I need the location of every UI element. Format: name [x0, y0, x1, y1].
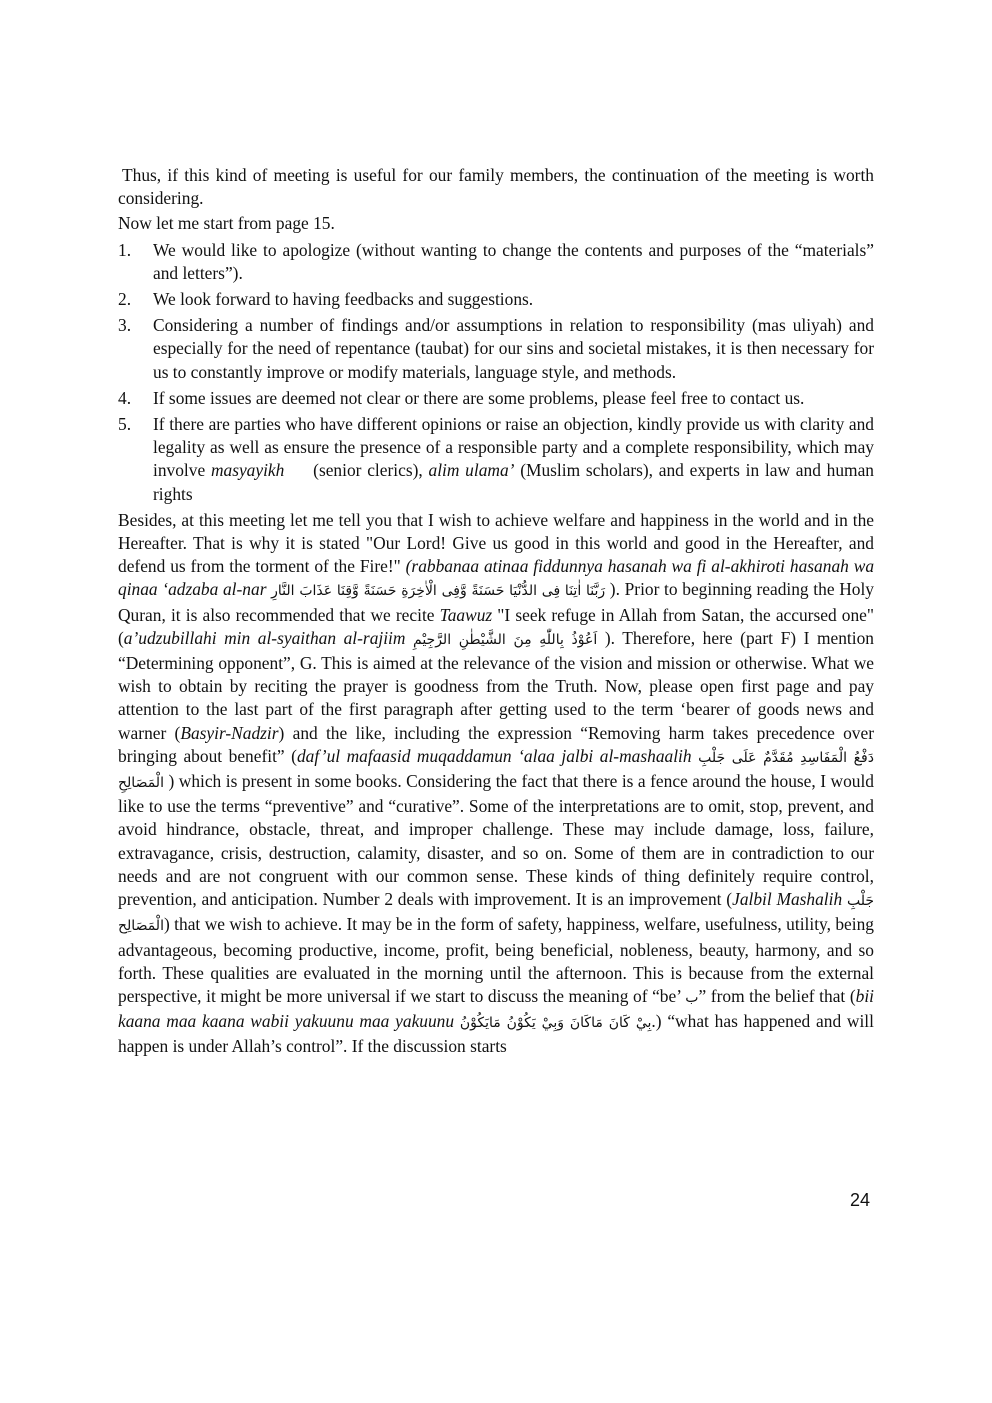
arabic-text: اَعُوْذُ بِاللّٰهِ مِنَ الشَّيْطٰنِ الرَ… [413, 632, 597, 648]
intro-paragraph: Thus, if this kind of meeting is useful … [118, 164, 874, 210]
list-item: 3.Considering a number of findings and/o… [118, 314, 874, 384]
list-item: 2.We look forward to having feedbacks an… [118, 288, 874, 311]
body-paragraph: Besides, at this meeting let me tell you… [118, 509, 874, 1059]
numbered-list: 1.We would like to apologize (without wa… [118, 239, 874, 506]
list-item: 1.We would like to apologize (without wa… [118, 239, 874, 285]
page-number: 24 [850, 1190, 870, 1211]
list-item: 4.If some issues are deemed not clear or… [118, 387, 874, 410]
intro-line: Now let me start from page 15. [118, 212, 874, 235]
list-item: 5.If there are parties who have differen… [118, 413, 874, 506]
arabic-text: رَبَّنَا اٰتِنَا فِى الدُّنْيَا حَسَنَةً… [271, 583, 605, 599]
arabic-text: ب [685, 990, 698, 1006]
document-page: Thus, if this kind of meeting is useful … [118, 164, 874, 1059]
arabic-text: بِيْ كَانَ مَاكَانَ وَبِيْ يَكُوْنُ مَاي… [460, 1015, 652, 1031]
